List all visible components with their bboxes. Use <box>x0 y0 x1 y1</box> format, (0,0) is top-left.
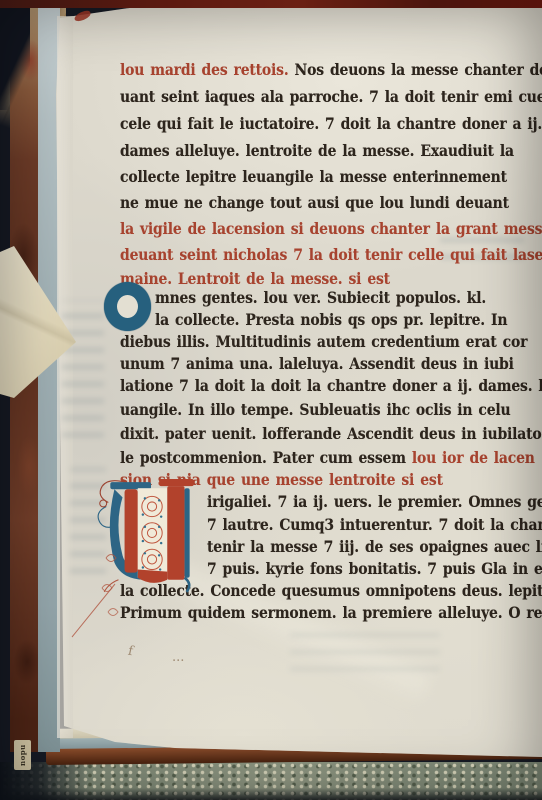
text-line: 7 lautre. Cumq3 intuerentur. 7 doit la c… <box>207 515 542 534</box>
line-segment: la collecte. Presta nobis qs ops pr. lep… <box>155 310 507 329</box>
line-segment: irigaliei. 7 ia ij. uers. le premier. Om… <box>207 492 542 511</box>
line-segment: uant seint iaques ala parroche. 7 la doi… <box>120 87 542 106</box>
text-line: irigaliei. 7 ia ij. uers. le premier. Om… <box>207 492 542 511</box>
text-line: dames alleluye. lentroite de la messe. E… <box>120 141 514 160</box>
text-line: mnes gentes. lou ver. Subiecit populos. … <box>155 288 486 307</box>
text-line: latione 7 la doit la doit la chantre don… <box>120 376 542 395</box>
line-segment: uangile. In illo tempe. Subleuatis ihc o… <box>120 400 511 419</box>
initial-letter-o <box>104 282 151 331</box>
photo-top-border <box>0 0 542 8</box>
line-segment: la vigile de lacension si deuons chanter… <box>120 219 542 238</box>
text-line: diebus illis. Multitudinis autem credent… <box>120 332 527 351</box>
line-segment: maine. Lentroit de la messe. si est <box>120 269 390 288</box>
line-segment: latione 7 la doit la doit la chantre don… <box>120 376 542 395</box>
margin-flourish <box>58 536 168 661</box>
text-line: Primum quidem sermonem. la premiere alle… <box>120 603 542 622</box>
text-line: uant seint iaques ala parroche. 7 la doi… <box>120 87 542 106</box>
line-segment: 7 lautre. Cumq3 intuerentur. 7 doit la c… <box>207 515 542 534</box>
rubric-line: la vigile de lacension si deuons chanter… <box>120 219 542 238</box>
manuscript-text-block: lou mardi des rettois. Nos deuons la mes… <box>0 0 542 800</box>
line-segment: lou ior de lacen <box>412 448 535 467</box>
rubric-line: deuant seint nicholas 7 la doit tenir ce… <box>120 245 542 264</box>
line-segment: diebus illis. Multitudinis autem credent… <box>120 332 527 351</box>
text-line: unum 7 anima una. laleluya. Assendit deu… <box>120 354 514 373</box>
line-segment: collecte lepitre leuangile la messe ente… <box>120 167 507 186</box>
line-segment: dames alleluye. lentroite de la messe. E… <box>120 141 514 160</box>
rubric-line: le postcommenion. Pater cum essem lou io… <box>120 448 535 467</box>
line-segment: mnes gentes. lou ver. Subiecit populos. … <box>155 288 486 307</box>
line-segment: deuant seint nicholas 7 la doit tenir ce… <box>120 245 542 264</box>
text-line: dixit. pater uenit. lofferande Ascendit … <box>120 424 542 443</box>
line-segment: le postcommenion. Pater cum essem <box>120 448 412 467</box>
line-segment: Nos deuons la messe chanter de <box>295 60 542 79</box>
manuscript-photo: lou mardi des rettois. Nos deuons la mes… <box>0 0 542 800</box>
spine-label: nopu <box>14 740 31 770</box>
text-line: uangile. In illo tempe. Subleuatis ihc o… <box>120 400 511 419</box>
rubric-line: maine. Lentroit de la messe. si est <box>120 269 390 288</box>
text-line: tenir la messe 7 iij. de ses opaignes au… <box>207 537 542 556</box>
line-segment: 7 puis. kyrie fons bonitatis. 7 puis Gla… <box>207 559 542 578</box>
line-segment: tenir la messe 7 iij. de ses opaignes au… <box>207 537 542 556</box>
line-segment: Primum quidem sermonem. la premiere alle… <box>120 603 542 622</box>
rubric-line: lou mardi des rettois. Nos deuons la mes… <box>120 60 542 79</box>
pen-trial-dots: ... <box>172 650 184 665</box>
text-line: 7 puis. kyrie fons bonitatis. 7 puis Gla… <box>207 559 542 578</box>
line-segment: ne mue ne change tout ausi que lou lundi… <box>120 193 509 212</box>
text-line: la collecte. Presta nobis qs ops pr. lep… <box>155 310 507 329</box>
line-segment: cele qui fait le iuctatoire. 7 doit la c… <box>120 114 542 133</box>
line-segment: unum 7 anima una. laleluya. Assendit deu… <box>120 354 514 373</box>
text-line: collecte lepitre leuangile la messe ente… <box>120 167 507 186</box>
text-line: cele qui fait le iuctatoire. 7 doit la c… <box>120 114 542 133</box>
line-segment: dixit. pater uenit. lofferande Ascendit … <box>120 424 542 443</box>
text-line: ne mue ne change tout ausi que lou lundi… <box>120 193 509 212</box>
line-segment: lou mardi des rettois. <box>120 60 295 79</box>
